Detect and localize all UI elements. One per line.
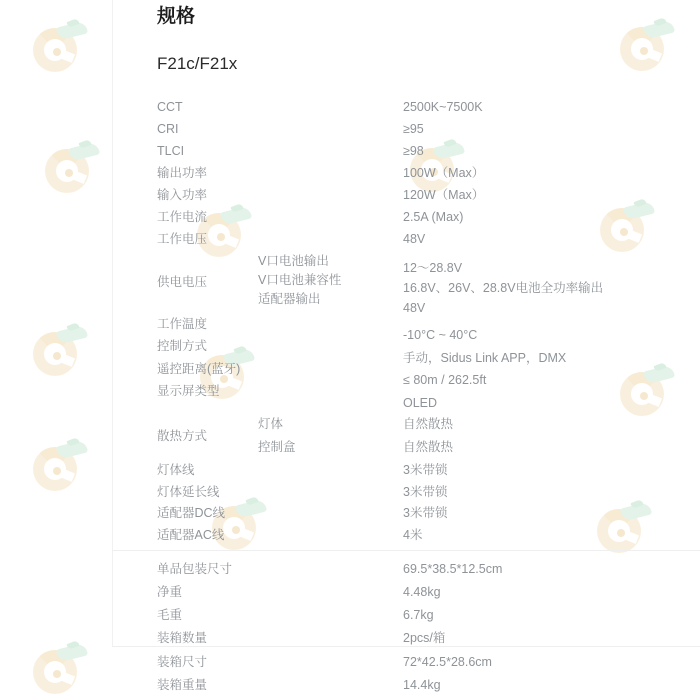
spec-value: 120W（Max） xyxy=(403,184,700,206)
spec-rows-mid: 工作温度 控制方式 遥控距离(蓝牙) 显示屏类型 -10°C ~ 40°C 手动… xyxy=(157,312,700,412)
spec-label: 装箱数量 xyxy=(157,627,403,650)
spec-row: 净重 4.48kg xyxy=(157,581,700,604)
spec-value: 自然散热 xyxy=(403,436,700,459)
spec-label: 装箱重量 xyxy=(157,674,403,697)
spec-row: 灯体延长线 3米带锁 xyxy=(157,482,700,504)
spec-table: CCT 2500K~7500K CRI ≥95 TLCI ≥98 输出功率 10… xyxy=(157,96,700,697)
cooling-group: 散热方式 灯体 控制盒 自然散热 自然散热 xyxy=(157,413,700,456)
spec-row: 毛重 6.7kg xyxy=(157,604,700,627)
spec-value: -10°C ~ 40°C xyxy=(403,324,700,347)
spec-sublabel: 适配器输出 xyxy=(258,290,403,309)
spec-label: CRI xyxy=(157,118,403,140)
spec-sublabels: 灯体 控制盒 xyxy=(258,413,403,456)
spec-labels: 工作温度 控制方式 遥控距离(蓝牙) 显示屏类型 xyxy=(157,312,403,412)
spec-label: 工作电流 xyxy=(157,206,403,228)
spec-label: 控制方式 xyxy=(157,335,403,357)
spec-value: 100W（Max） xyxy=(403,162,700,184)
spec-row: 单品包装尺寸 69.5*38.5*12.5cm xyxy=(157,558,700,581)
spec-values: -10°C ~ 40°C 手动，Sidus Link APP，DMX ≤ 80m… xyxy=(403,312,700,412)
spec-value: 2.5A (Max) xyxy=(403,206,700,228)
model-name: F21c/F21x xyxy=(157,53,700,75)
spec-value: 4米 xyxy=(403,525,700,547)
spec-value: OLED xyxy=(403,392,700,415)
spec-sublabels: V口电池输出 V口电池兼容性 适配器输出 xyxy=(258,250,403,312)
spec-label: 输入功率 xyxy=(157,184,403,206)
spec-row: 适配器AC线 4米 xyxy=(157,525,700,547)
spec-value: 16.8V、26V、28.8V电池全功率输出 xyxy=(403,278,700,298)
spec-row: 适配器DC线 3米带锁 xyxy=(157,503,700,525)
product-spec-page: 规格 F21c/F21x CCT 2500K~7500K CRI ≥95 TLC… xyxy=(0,0,700,700)
spec-label: 灯体线 xyxy=(157,460,403,482)
spec-label: 装箱尺寸 xyxy=(157,651,403,674)
spec-row: 输入功率 120W（Max） xyxy=(157,184,700,206)
spec-value: 72*42.5*28.6cm xyxy=(403,651,700,674)
spec-label: 净重 xyxy=(157,581,403,604)
spec-label: 灯体延长线 xyxy=(157,482,403,504)
spec-label: 毛重 xyxy=(157,604,403,627)
spec-row: CRI ≥95 xyxy=(157,118,700,140)
spec-value: 2pcs/箱 xyxy=(403,627,700,650)
spec-value: 48V xyxy=(403,228,700,250)
spec-label: 输出功率 xyxy=(157,162,403,184)
spec-values: 12～28.8V 16.8V、26V、28.8V电池全功率输出 48V xyxy=(403,250,700,312)
spec-value: 3米带锁 xyxy=(403,482,700,504)
spec-row: 灯体线 3米带锁 xyxy=(157,460,700,482)
spec-value: 手动，Sidus Link APP，DMX xyxy=(403,347,700,370)
spec-label: CCT xyxy=(157,96,403,118)
spec-value: 3米带锁 xyxy=(403,460,700,482)
spec-value: 69.5*38.5*12.5cm xyxy=(403,558,700,581)
power-supply-group: 供电电压 V口电池输出 V口电池兼容性 适配器输出 12～28.8V 16.8V… xyxy=(157,250,700,312)
spec-label: 工作温度 xyxy=(157,313,403,335)
spec-row: 工作电流 2.5A (Max) xyxy=(157,206,700,228)
spec-value: ≥98 xyxy=(403,140,700,162)
spec-row: CCT 2500K~7500K xyxy=(157,96,700,118)
spec-value: ≤ 80m / 262.5ft xyxy=(403,369,700,392)
spec-row: 工作电压 48V xyxy=(157,228,700,250)
spec-value: 3米带锁 xyxy=(403,503,700,525)
spec-label: 适配器AC线 xyxy=(157,525,403,547)
spec-row: 输出功率 100W（Max） xyxy=(157,162,700,184)
spec-value: 14.4kg xyxy=(403,674,700,697)
spec-label: 遥控距离(蓝牙) xyxy=(157,358,403,380)
spec-sublabel: 灯体 xyxy=(258,413,403,436)
page-title: 规格 xyxy=(157,5,700,29)
spec-sublabel: 控制盒 xyxy=(258,436,403,459)
spec-label: TLCI xyxy=(157,140,403,162)
spec-label: 工作电压 xyxy=(157,228,403,250)
spec-value: 4.48kg xyxy=(403,581,700,604)
spec-row: TLCI ≥98 xyxy=(157,140,700,162)
spec-value: 12～28.8V xyxy=(403,258,700,278)
spec-value: 6.7kg xyxy=(403,604,700,627)
spec-label: 单品包装尺寸 xyxy=(157,558,403,581)
spec-label: 显示屏类型 xyxy=(157,380,403,402)
spec-label: 供电电压 xyxy=(157,250,258,312)
spec-row: 装箱数量 2pcs/箱 xyxy=(157,627,700,650)
spec-row: 装箱尺寸 72*42.5*28.6cm xyxy=(157,651,700,674)
spec-value: 自然散热 xyxy=(403,413,700,436)
spec-sublabel: V口电池兼容性 xyxy=(258,271,403,290)
spec-row: 装箱重量 14.4kg xyxy=(157,674,700,697)
spec-value: ≥95 xyxy=(403,118,700,140)
spec-sublabel: V口电池输出 xyxy=(258,252,403,271)
spec-values: 自然散热 自然散热 xyxy=(403,413,700,456)
spec-label: 适配器DC线 xyxy=(157,503,403,525)
spec-label: 散热方式 xyxy=(157,413,258,456)
spec-value: 2500K~7500K xyxy=(403,96,700,118)
